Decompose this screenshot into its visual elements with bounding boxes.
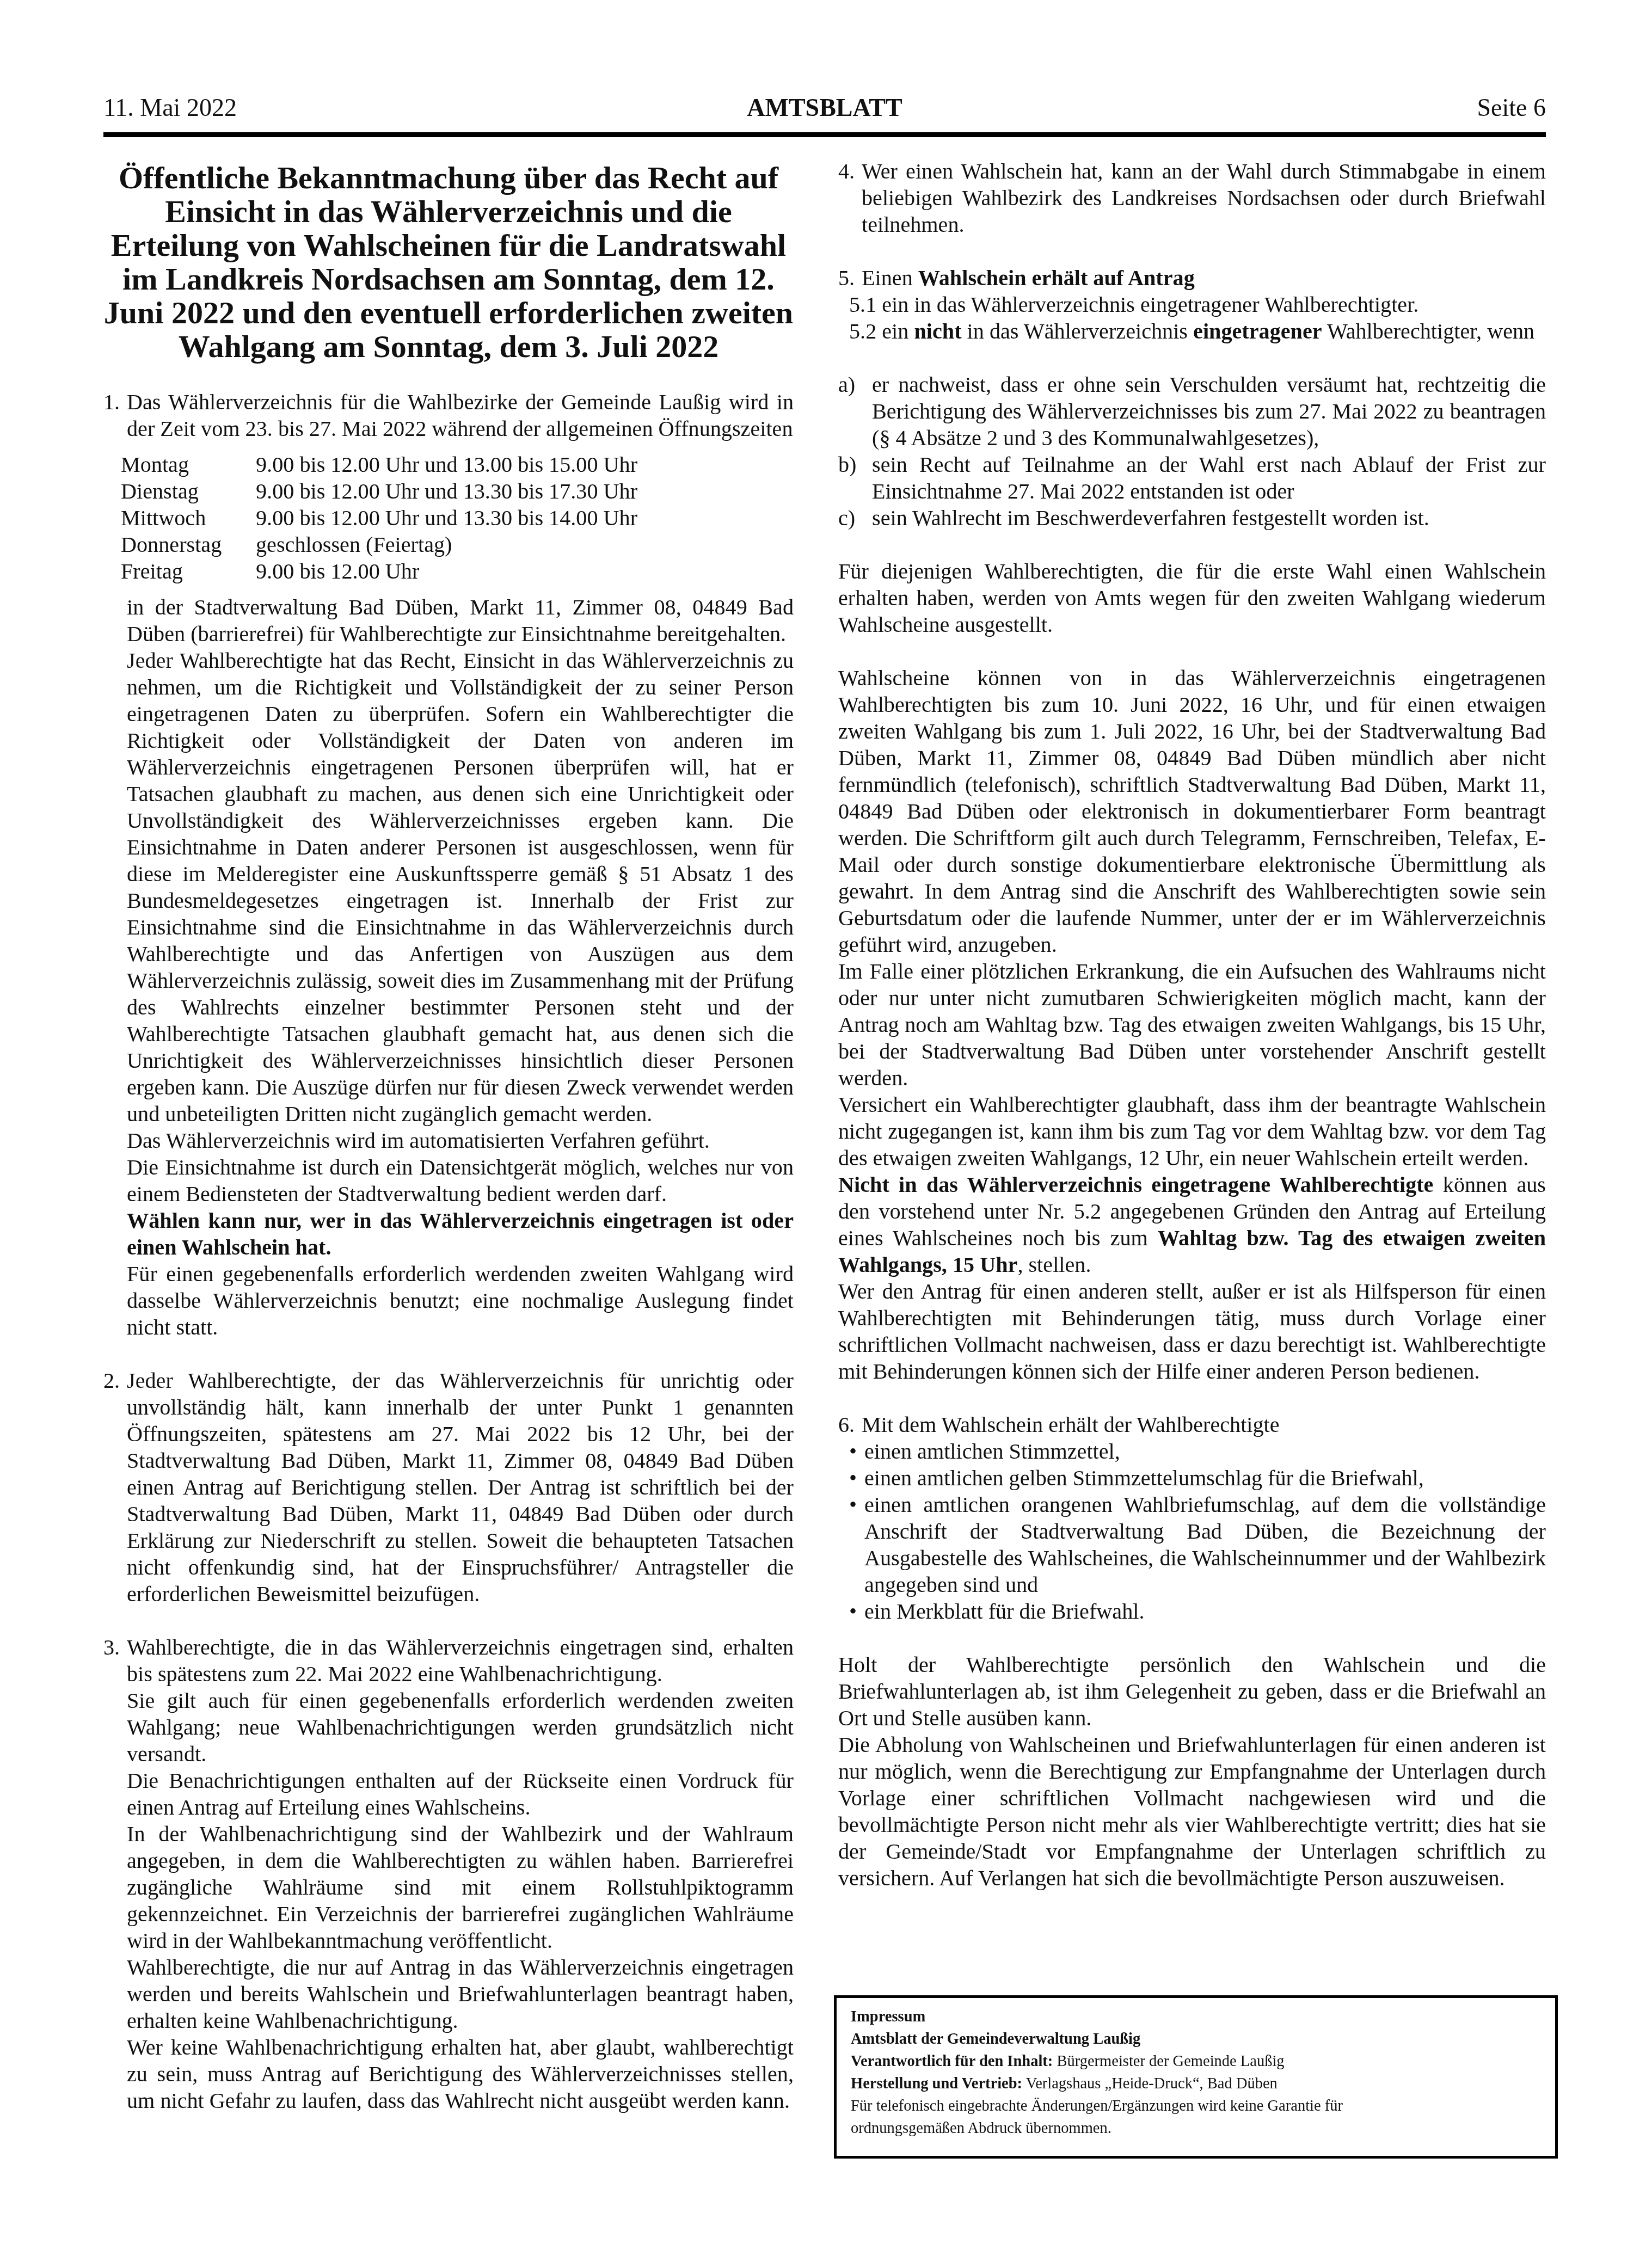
paragraph: Wahlberechtigte, die nur auf Antrag in d… — [127, 1954, 794, 2034]
hours-day: Freitag — [121, 558, 256, 585]
opening-hours-table: Montag 9.00 bis 12.00 Uhr und 13.00 bis … — [121, 451, 794, 585]
subitem-5-1: 5.1 ein in das Wählerverzeichnis eingetr… — [838, 291, 1546, 318]
subitem-5-2: 5.2 ein nicht in das Wählerverzeichnis e… — [838, 318, 1546, 345]
impressum-title: Impressum — [851, 2006, 1541, 2028]
bullet-icon: • — [849, 1438, 857, 1465]
text-run: Einen — [862, 266, 918, 290]
text-run: , stellen. — [1017, 1252, 1091, 1277]
section-number: 2. — [103, 1367, 120, 1394]
text-run: in das Wählerverzeichnis — [962, 319, 1194, 343]
paragraph: Jeder Wahlberechtigte, der das Wählerver… — [127, 1367, 794, 1607]
paragraph: In der Wahlbenachrichtigung sind der Wah… — [127, 1821, 794, 1954]
section-3: 3. Wahlberechtigte, die in das Wählerver… — [103, 1634, 794, 2114]
text-run-bold: Nicht in das Wählerverzeichnis eingetrag… — [838, 1172, 1433, 1197]
section-number: 3. — [103, 1634, 120, 1661]
hours-time: 9.00 bis 12.00 Uhr und 13.30 bis 14.00 U… — [256, 505, 637, 531]
announcement-headline: Öffentliche Bekanntmachung über das Rech… — [103, 158, 794, 364]
text-run-bold: nicht — [914, 319, 961, 343]
hours-time: 9.00 bis 12.00 Uhr und 13.00 bis 15.00 U… — [256, 451, 637, 478]
hours-time: 9.00 bis 12.00 Uhr — [256, 558, 419, 585]
bullet-icon: • — [849, 1491, 857, 1518]
paragraph: Wahlscheine können von in das Wählerverz… — [838, 665, 1546, 958]
condition-label: c) — [838, 505, 855, 531]
hours-day: Mittwoch — [121, 505, 256, 531]
impressum-publisher: Amtsblatt der Gemeindeverwaltung Laußig — [851, 2028, 1541, 2050]
page-number: Seite 6 — [1477, 91, 1546, 124]
column-right: 4. Wer einen Wahlschein hat, kann an der… — [838, 158, 1546, 1891]
impressum-responsible: Verantwortlich für den Inhalt: Bürgermei… — [851, 2050, 1541, 2073]
section-number: 5. — [838, 265, 855, 291]
paragraph: in der Stadtverwaltung Bad Düben, Markt … — [127, 594, 794, 647]
paragraph: Wer einen Wahlschein hat, kann an der Wa… — [862, 158, 1546, 238]
section-4: 4. Wer einen Wahlschein hat, kann an der… — [838, 158, 1546, 238]
hours-time: geschlossen (Feiertag) — [256, 531, 452, 558]
condition-text: er nachweist, dass er ohne sein Verschul… — [872, 371, 1546, 451]
paragraph: Die Einsichtnahme ist durch ein Datensic… — [127, 1154, 794, 1207]
list-item: • einen amtlichen orangenen Wahlbriefums… — [838, 1491, 1546, 1598]
paragraph: Die Benachrichtigungen enthalten auf der… — [127, 1767, 794, 1821]
paragraph: Die Abholung von Wahlscheinen und Briefw… — [838, 1731, 1546, 1891]
text-run: 5.2 ein — [849, 319, 914, 343]
impressum-disclaimer: Für telefonisch eingebrachte Änderungen/… — [851, 2095, 1541, 2117]
condition-label: a) — [838, 371, 855, 398]
hours-row: Freitag 9.00 bis 12.00 Uhr — [121, 558, 794, 585]
condition-item: a) er nachweist, dass er ohne sein Versc… — [838, 371, 1546, 451]
paragraph: Im Falle einer plötzlichen Erkrankung, d… — [838, 958, 1546, 1091]
text-run-bold: eingetragener — [1193, 319, 1322, 343]
section-6-intro: Mit dem Wahlschein erhält der Wahlberech… — [862, 1411, 1546, 1438]
impressum-label: Verantwortlich für den Inhalt: — [851, 2053, 1053, 2070]
hours-row: Dienstag 9.00 bis 12.00 Uhr und 13.30 bi… — [121, 478, 794, 505]
impressum-disclaimer: ordnungsgemäßen Abdruck übernommen. — [851, 2117, 1541, 2140]
condition-label: b) — [838, 451, 856, 478]
paragraph: Holt der Wahlberechtigte persönlich den … — [838, 1651, 1546, 1731]
text-run-bold: Wahlschein erhält auf Antrag — [918, 266, 1195, 290]
section-5-intro: Einen Wahlschein erhält auf Antrag — [862, 265, 1546, 291]
header-rule — [103, 132, 1546, 137]
paragraph: Nicht in das Wählerverzeichnis eingetrag… — [838, 1171, 1546, 1278]
hours-row: Mittwoch 9.00 bis 12.00 Uhr und 13.30 bi… — [121, 505, 794, 531]
section-number: 1. — [103, 389, 120, 415]
list-item-text: einen amtlichen Stimmzettel, — [864, 1438, 1546, 1465]
paragraph: Wer keine Wahlbenachrichtigung erhalten … — [127, 2034, 794, 2114]
section-6: 6. Mit dem Wahlschein erhält der Wahlber… — [838, 1411, 1546, 1438]
paragraph: Jeder Wahlberechtigte hat das Recht, Ein… — [127, 647, 794, 1127]
impressum-label: Herstellung und Vertrieb: — [851, 2075, 1022, 2092]
list-item: • einen amtlichen Stimmzettel, — [838, 1438, 1546, 1465]
hours-time: 9.00 bis 12.00 Uhr und 13.30 bis 17.30 U… — [256, 478, 637, 505]
text-run: Wahlberechtigter, wenn — [1322, 319, 1535, 343]
impressum-value: Verlagshaus „Heide-Druck“, Bad Düben — [1022, 2075, 1278, 2092]
column-left: Öffentliche Bekanntmachung über das Rech… — [103, 158, 794, 2114]
paragraph: Sie gilt auch für einen gegebenenfalls e… — [127, 1687, 794, 1767]
condition-item: b) sein Recht auf Teilnahme an der Wahl … — [838, 451, 1546, 505]
impressum-box: Impressum Amtsblatt der Gemeindeverwaltu… — [834, 1995, 1558, 2159]
publication-title: AMTSBLATT — [103, 91, 1546, 124]
section-1: 1. Das Wählerverzeichnis für die Wahlbez… — [103, 389, 794, 442]
condition-text: sein Recht auf Teilnahme an der Wahl ers… — [872, 451, 1546, 505]
paragraph: Versichert ein Wahlberechtigter glaubhaf… — [838, 1091, 1546, 1171]
section-number: 4. — [838, 158, 855, 185]
impressum-value: Bürgermeister der Gemeinde Laußig — [1053, 2053, 1284, 2070]
section-1-body: in der Stadtverwaltung Bad Düben, Markt … — [103, 594, 794, 1341]
bullet-icon: • — [849, 1598, 857, 1625]
list-item-text: einen amtlichen gelben Stimmzettelumschl… — [864, 1465, 1546, 1491]
list-item: • einen amtlichen gelben Stimmzettelumsc… — [838, 1465, 1546, 1491]
list-item-text: einen amtlichen orangenen Wahlbriefumsch… — [864, 1491, 1546, 1598]
impressum-production: Herstellung und Vertrieb: Verlagshaus „H… — [851, 2073, 1541, 2095]
hours-day: Montag — [121, 451, 256, 478]
page-header: 11. Mai 2022 AMTSBLATT Seite 6 — [103, 91, 1546, 124]
paragraph: Für diejenigen Wahlberechtigten, die für… — [838, 558, 1546, 638]
section-number: 6. — [838, 1411, 855, 1438]
paragraph: Wer den Antrag für einen anderen stellt,… — [838, 1278, 1546, 1385]
condition-item: c) sein Wahlrecht im Beschwerdeverfahren… — [838, 505, 1546, 531]
section-2: 2. Jeder Wahlberechtigte, der das Wähler… — [103, 1367, 794, 1607]
list-item-text: ein Merkblatt für die Briefwahl. — [864, 1598, 1546, 1625]
paragraph: Wahlberechtigte, die in das Wählerverzei… — [127, 1634, 794, 1687]
hours-row: Donnerstag geschlossen (Feiertag) — [121, 531, 794, 558]
condition-text: sein Wahlrecht im Beschwerdeverfahren fe… — [872, 505, 1546, 531]
hours-day: Donnerstag — [121, 531, 256, 558]
hours-day: Dienstag — [121, 478, 256, 505]
paragraph: Für einen gegebenenfalls erforderlich we… — [127, 1261, 794, 1341]
paragraph-emphasis: Wählen kann nur, wer in das Wählerverzei… — [127, 1207, 794, 1261]
bullet-icon: • — [849, 1465, 857, 1491]
hours-row: Montag 9.00 bis 12.00 Uhr und 13.00 bis … — [121, 451, 794, 478]
section-1-intro: Das Wählerverzeichnis für die Wahlbezirk… — [127, 389, 794, 442]
section-5: 5. Einen Wahlschein erhält auf Antrag — [838, 265, 1546, 291]
paragraph: Das Wählerverzeichnis wird im automatisi… — [127, 1127, 794, 1154]
list-item: • ein Merkblatt für die Briefwahl. — [838, 1598, 1546, 1625]
